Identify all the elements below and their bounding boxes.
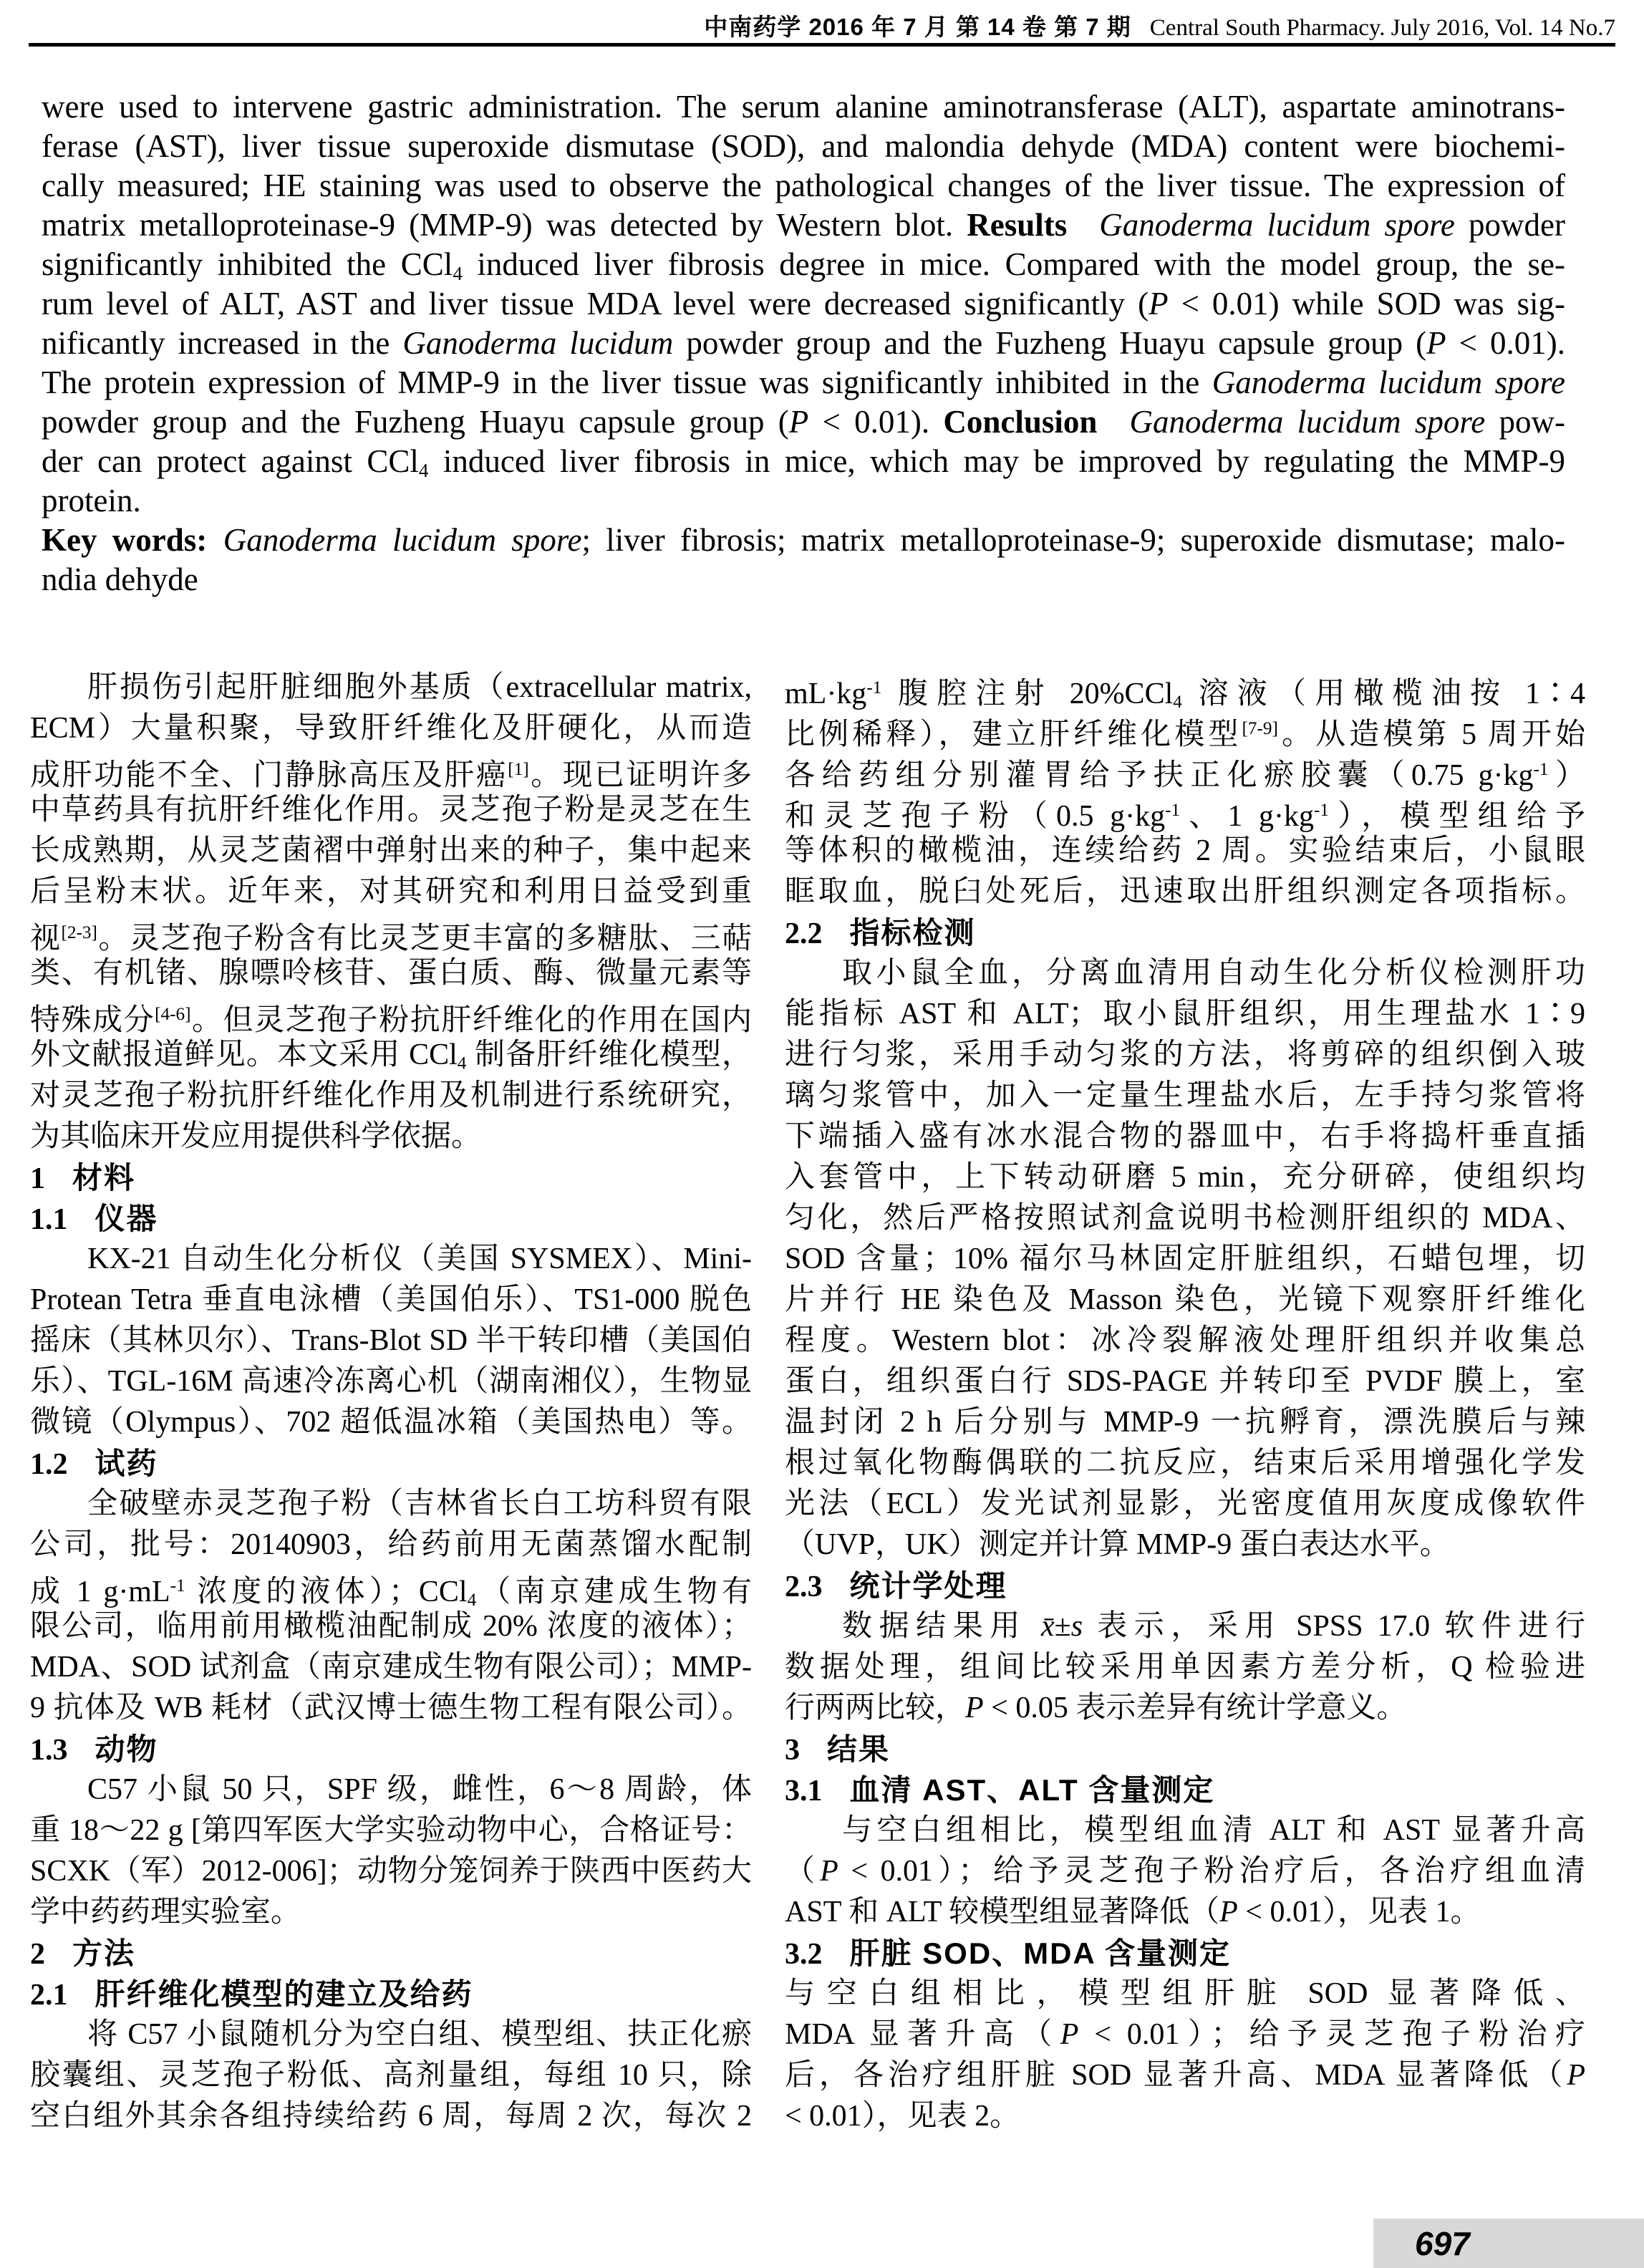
text-line: ndia dehyde [42,560,1565,599]
text-line: 对灵芝孢子粉抗肝纤维化作用及机制进行系统研究， [30,1076,752,1116]
text-line: matrix metalloproteinase-9 (MMP-9) was d… [42,206,1565,245]
text-line: 后呈粉末状。近年来，对其研究和利用日益受到重 [30,872,752,912]
text-line: 眶取血，脱臼处死后，迅速取出肝组织测定各项指标。 [785,872,1585,912]
text-line: 3结果 [785,1729,1585,1770]
text-line: 程度。Western blot：冰冷裂解液处理肝组织并收集总 [785,1321,1585,1361]
text-line: significantly inhibited the CCl4 induced… [42,245,1565,284]
text-line: 3.1血清 AST、ALT 含量测定 [785,1770,1585,1810]
text-line: SCXK（军）2012-006]；动物分笼饲养于陕西中医药大 [30,1851,752,1892]
text-line: 比例稀释），建立肝纤维化模型[7-9]。从造模第 5 周开始 [785,708,1585,749]
text-line: 下端插入盛有冰水混合物的器皿中，右手将捣杆垂直插 [785,1116,1585,1157]
text-line: rum level of ALT, AST and liver tissue M… [42,284,1565,324]
text-line: 能指标 AST 和 ALT；取小鼠肝组织，用生理盐水 1∶9 [785,994,1585,1035]
right-column: mL·kg-1 腹腔注射 20%CCl4 溶液（用橄榄油按 1∶4比例稀释），建… [785,667,1585,2137]
text-line: 璃匀浆管中，加入一定量生理盐水后，左手持匀浆管将 [785,1076,1585,1116]
text-line: 片并行 HE 染色及 Masson 染色，光镜下观察肝纤维化 [785,1280,1585,1321]
text-line: 外文献报道鲜见。本文采用 CCl4 制备肝纤维化模型， [30,1035,752,1076]
text-line: mL·kg-1 腹腔注射 20%CCl4 溶液（用橄榄油按 1∶4 [785,667,1585,708]
text-line: < 0.01），见表 2。 [785,2096,1585,2137]
text-line: 1.2试药 [30,1443,752,1484]
journal-title-cn: 中南药学 2016 年 7 月 第 14 卷 第 7 期 [704,14,1131,40]
text-line: 各给药组分别灌胃给予扶正化瘀胶囊（0.75 g·kg-1） [785,749,1585,790]
text-line: 数据结果用 x̄±s 表示，采用 SPSS 17.0 软件进行 [785,1606,1585,1647]
text-line: 为其临床开发应用提供科学依据。 [30,1116,752,1157]
text-line: ECM）大量积聚，导致肝纤维化及肝硬化，从而造 [30,708,752,749]
text-line: 等体积的橄榄油，连续给药 2 周。实验结束后，小鼠眼 [785,831,1585,872]
text-line: 微镜（Olympus）、702 超低温冰箱（美国热电）等。 [30,1402,752,1443]
text-line: 蛋白，组织蛋白行 SDS-PAGE 并转印至 PVDF 膜上，室 [785,1361,1585,1402]
text-line: The protein expression of MMP-9 in the l… [42,363,1565,402]
text-line: 长成熟期，从灵芝菌褶中弹射出来的种子，集中起来 [30,831,752,872]
text-line: 1.3动物 [30,1729,752,1770]
text-line: 乐）、TGL-16M 高速冷冻离心机（湖南湘仪），生物显 [30,1361,752,1402]
text-line: protein. [42,481,1565,521]
journal-page: 中南药学 2016 年 7 月 第 14 卷 第 7 期Central Sout… [0,0,1644,2268]
text-line: were used to intervene gastric administr… [42,87,1565,127]
text-line: 特殊成分[4-6]。但灵芝孢子粉抗肝纤维化的作用在国内 [30,994,752,1035]
text-line: nificantly increased in the Ganoderma lu… [42,324,1565,363]
text-line: （P < 0.01）；给予灵芝孢子粉治疗后，各治疗组血清 [785,1851,1585,1892]
text-line: 类、有机锗、腺嘌呤核苷、蛋白质、酶、微量元素等 [30,953,752,994]
text-line: 根过氧化物酶偶联的二抗反应，结束后采用增强化学发 [785,1443,1585,1484]
text-line: cally measured; HE staining was used to … [42,166,1565,206]
text-line: MDA、SOD 试剂盒（南京建成生物有限公司）；MMP- [30,1647,752,1688]
text-line: 进行匀浆，采用手动匀浆的方法，将剪碎的组织倒入玻 [785,1035,1585,1076]
text-line: 1.1仪器 [30,1198,752,1239]
text-line: 后，各治疗组肝脏 SOD 显著升高、MDA 显著降低（P [785,2055,1585,2096]
text-line: der can protect against CCl4 induced liv… [42,442,1565,481]
text-line: Key words: Ganoderma lucidum spore; live… [42,521,1565,560]
text-line: 数据处理，组间比较采用单因素方差分析，Q 检验进 [785,1647,1585,1688]
text-line: 1材料 [30,1157,752,1198]
text-line: MDA 显著升高（P < 0.01）；给予灵芝孢子粉治疗 [785,2014,1585,2055]
journal-title-en: Central South Pharmacy. July 2016, Vol. … [1150,15,1615,41]
text-line: 全破壁赤灵芝孢子粉（吉林省长白工坊科贸有限 [30,1484,752,1525]
text-line: 空白组外其余各组持续给药 6 周，每周 2 次，每次 2 [30,2096,752,2137]
text-line: 3.2肝脏 SOD、MDA 含量测定 [785,1933,1585,1974]
text-line: 将 C57 小鼠随机分为空白组、模型组、扶正化瘀 [30,2014,752,2055]
text-line: 入套管中，上下转动研磨 5 min，充分研碎，使组织均 [785,1157,1585,1198]
text-line: KX-21 自动生化分析仪（美国 SYSMEX）、Mini- [30,1239,752,1280]
text-line: 肝损伤引起肝脏细胞外基质（extracellular matrix, [30,667,752,708]
text-line: 与空白组相比，模型组肝脏 SOD 显著降低、 [785,1974,1585,2014]
text-line: ferase (AST), liver tissue superoxide di… [42,127,1565,166]
page-header: 中南药学 2016 年 7 月 第 14 卷 第 7 期Central Sout… [29,9,1615,42]
text-line: 2.1肝纤维化模型的建立及给药 [30,1974,752,2014]
text-line: 9 抗体及 WB 耗材（武汉博士德生物工程有限公司）。 [30,1688,752,1729]
page-number: 697 [1373,2224,1470,2263]
text-line: 学中药药理实验室。 [30,1892,752,1933]
text-line: 胶囊组、灵芝孢子粉低、高剂量组，每组 10 只，除 [30,2055,752,2096]
abstract-section: were used to intervene gastric administr… [42,87,1565,599]
text-line: 成肝功能不全、门静脉高压及肝癌[1]。现已证明许多 [30,749,752,790]
text-line: C57 小鼠 50 只，SPF 级，雌性，6～8 周龄，体 [30,1770,752,1810]
text-line: AST 和 ALT 较模型组显著降低（P < 0.01），见表 1。 [785,1892,1585,1933]
text-line: 2.2指标检测 [785,912,1585,953]
text-line: 与空白组相比，模型组血清 ALT 和 AST 显著升高 [785,1810,1585,1851]
header-rule [29,43,1615,47]
text-line: powder group and the Fuzheng Huayu capsu… [42,402,1565,442]
text-line: 摇床（其林贝尔）、Trans-Blot SD 半干转印槽（美国伯 [30,1321,752,1361]
text-line: 2.3统计学处理 [785,1565,1585,1606]
page-number-box: 697 [1373,2219,1644,2268]
text-line: 取小鼠全血，分离血清用自动生化分析仪检测肝功 [785,953,1585,994]
text-line: 中草药具有抗肝纤维化作用。灵芝孢子粉是灵芝在生 [30,790,752,831]
text-line: Protean Tetra 垂直电泳槽（美国伯乐）、TS1-000 脱色 [30,1280,752,1321]
text-line: 光法（ECL）发光试剂显影，光密度值用灰度成像软件 [785,1484,1585,1525]
text-line: 视[2-3]。灵芝孢子粉含有比灵芝更丰富的多糖肽、三萜 [30,912,752,953]
text-line: 匀化，然后严格按照试剂盒说明书检测肝组织的 MDA、 [785,1198,1585,1239]
text-line: 公司，批号：20140903，给药前用无菌蒸馏水配制 [30,1525,752,1565]
text-line: 2方法 [30,1933,752,1974]
text-line: 和灵芝孢子粉（0.5 g·kg-1、1 g·kg-1），模型组给予 [785,790,1585,831]
text-line: （UVP，UK）测定并计算 MMP-9 蛋白表达水平。 [785,1525,1585,1565]
text-line: 成 1 g·mL-1 浓度的液体）；CCl4（南京建成生物有 [30,1565,752,1606]
text-line: 温封闭 2 h 后分别与 MMP-9 一抗孵育，漂洗膜后与辣 [785,1402,1585,1443]
text-line: 限公司，临用前用橄榄油配制成 20% 浓度的液体）； [30,1606,752,1647]
text-line: SOD 含量；10% 福尔马林固定肝脏组织，石蜡包埋，切 [785,1239,1585,1280]
text-line: 行两两比较，P < 0.05 表示差异有统计学意义。 [785,1688,1585,1729]
left-column: 肝损伤引起肝脏细胞外基质（extracellular matrix,ECM）大量… [30,667,752,2137]
text-line: 重 18～22 g [第四军医大学实验动物中心，合格证号： [30,1810,752,1851]
